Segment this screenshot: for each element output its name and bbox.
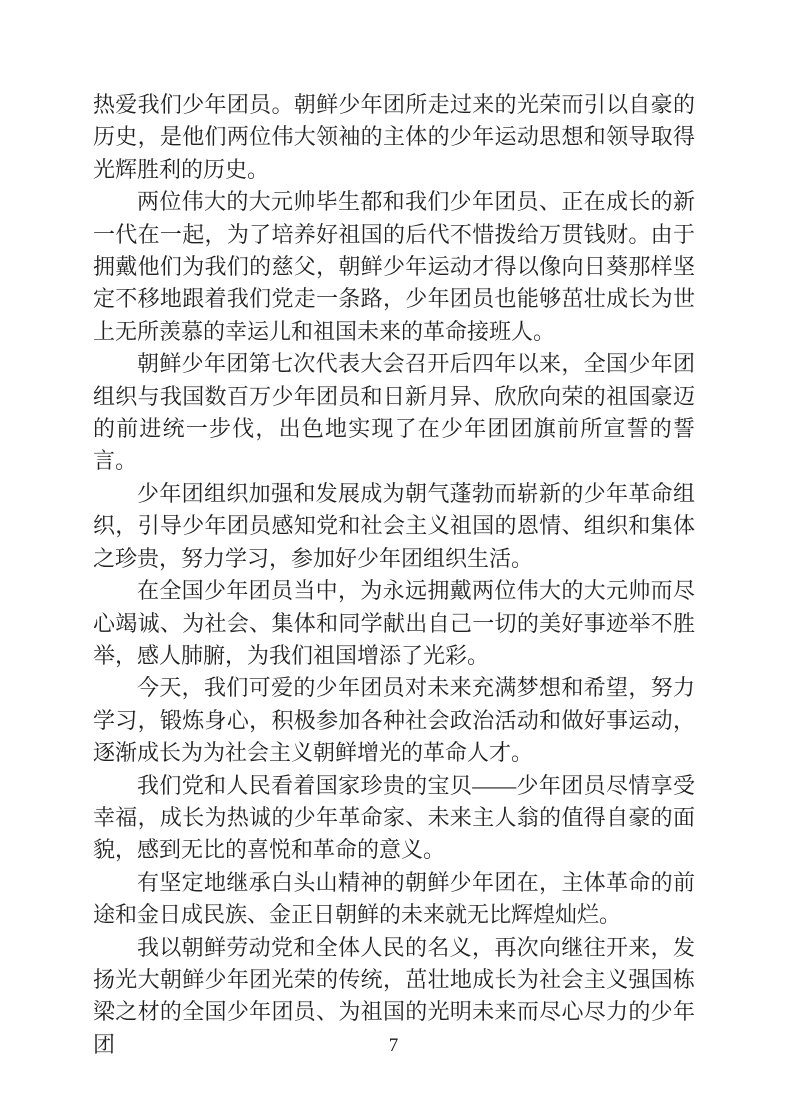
page-number: 7 <box>0 1034 787 1058</box>
paragraph: 在全国少年团员当中，为永远拥戴两位伟大的大元帅而尽心竭诚、为社会、集体和同学献出… <box>93 575 695 672</box>
paragraph: 朝鲜少年团第七次代表大会召开后四年以来，全国少年团组织与我国数百万少年团员和日新… <box>93 348 695 478</box>
paragraph: 有坚定地继承白头山精神的朝鲜少年团在，主体革命的前途和金日成民族、金正日朝鲜的未… <box>93 867 695 932</box>
paragraph: 两位伟大的大元帅毕生都和我们少年团员、正在成长的新一代在一起，为了培养好祖国的后… <box>93 186 695 348</box>
paragraph: 热爱我们少年团员。朝鲜少年团所走过来的光荣而引以自豪的历史，是他们两位伟大领袖的… <box>93 89 695 186</box>
paragraph: 少年团组织加强和发展成为朝气蓬勃而崭新的少年革命组织，引导少年团员感知党和社会主… <box>93 478 695 575</box>
text-body: 热爱我们少年团员。朝鲜少年团所走过来的光荣而引以自豪的历史，是他们两位伟大领袖的… <box>93 89 695 1061</box>
document-page: 热爱我们少年团员。朝鲜少年团所走过来的光荣而引以自豪的历史，是他们两位伟大领袖的… <box>0 0 787 1117</box>
paragraph: 今天，我们可爱的少年团员对未来充满梦想和希望，努力学习，锻炼身心，积极参加各种社… <box>93 672 695 769</box>
paragraph: 我们党和人民看着国家珍贵的宝贝——少年团员尽情享受幸福，成长为热诚的少年革命家、… <box>93 770 695 867</box>
